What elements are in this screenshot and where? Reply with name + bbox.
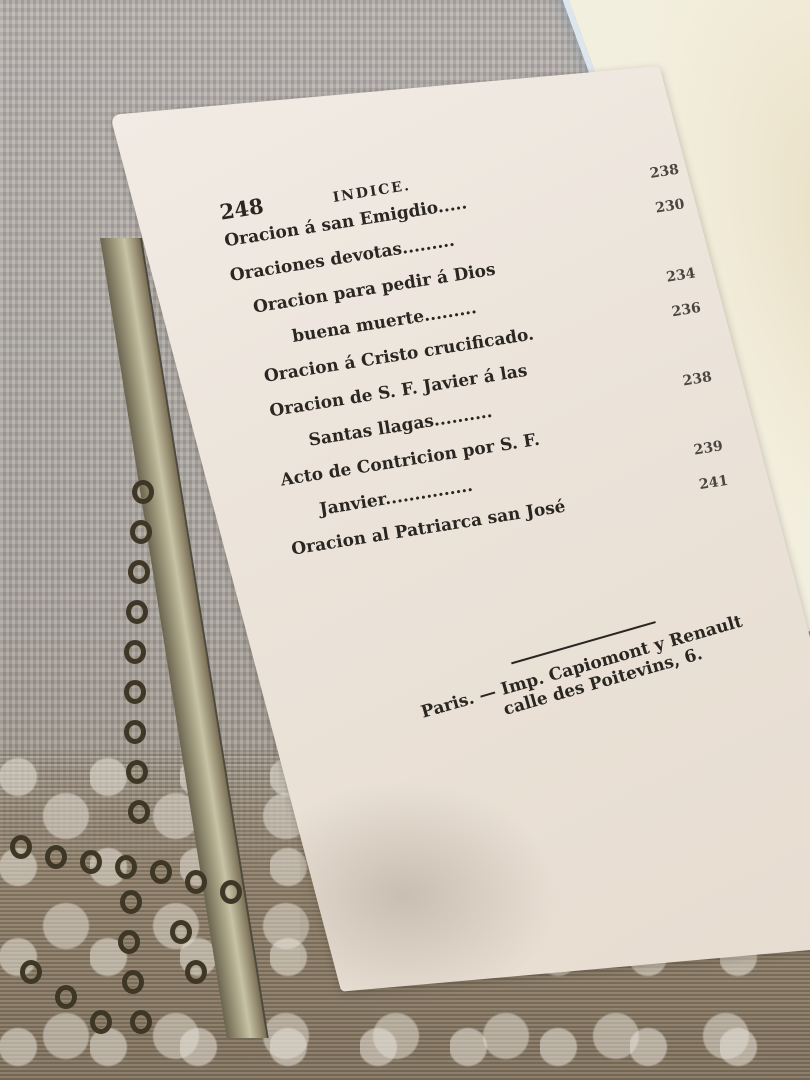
chain-link bbox=[115, 855, 137, 879]
chain-link bbox=[124, 720, 146, 744]
chain-link bbox=[122, 970, 144, 994]
chain-link bbox=[170, 920, 192, 944]
chain-link bbox=[55, 985, 77, 1009]
chain-link bbox=[130, 1010, 152, 1034]
chain-link bbox=[45, 845, 67, 869]
chain-link bbox=[132, 480, 154, 504]
chain-link bbox=[118, 930, 140, 954]
chain-link bbox=[10, 835, 32, 859]
chain-link bbox=[185, 870, 207, 894]
chain-link bbox=[130, 520, 152, 544]
chain-link bbox=[126, 600, 148, 624]
chain-link bbox=[220, 880, 242, 904]
chain-link bbox=[20, 960, 42, 984]
chain-link bbox=[90, 1010, 112, 1034]
chain-link bbox=[185, 960, 207, 984]
index-text: 248 INDICE. Oracion á san Emigdio..... 2… bbox=[218, 128, 731, 570]
chain-link bbox=[126, 760, 148, 784]
chain-link bbox=[80, 850, 102, 874]
page-shadow bbox=[300, 780, 560, 1010]
chain-link bbox=[150, 860, 172, 884]
chain-link bbox=[128, 800, 150, 824]
chain-link bbox=[124, 640, 146, 664]
chain-link bbox=[120, 890, 142, 914]
chain-link bbox=[124, 680, 146, 704]
chain-link bbox=[128, 560, 150, 584]
